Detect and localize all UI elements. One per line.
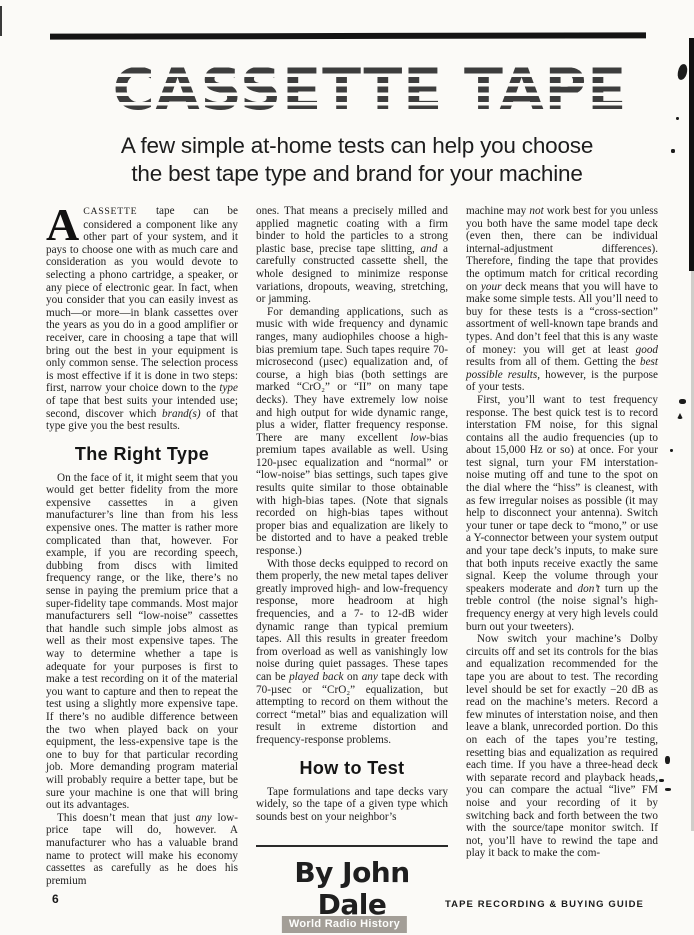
paragraph: On the face of it, it might seem that yo… [46,472,238,812]
scan-edge-line [689,38,694,271]
scan-speck [679,399,686,404]
top-rule [50,32,646,39]
article-column-2: ones. That means a precisely milled and … [256,205,448,921]
scan-speck [676,117,679,120]
byline-block: By John Dale [256,845,448,921]
scan-speck [671,149,675,153]
scan-speck [659,779,664,782]
page-number: 6 [52,892,59,906]
magazine-page: CASSETTE TAPE A few simple at-home tests… [0,0,694,935]
section-heading: The Right Type [46,444,238,464]
scan-speck [677,413,683,419]
subtitle-line-2: the best tape type and brand for your ma… [52,160,662,188]
paragraph: This doesn’t mean that just any low-pric… [46,812,238,888]
paragraph: With those decks equipped to record on t… [256,558,448,747]
page-title: CASSETTE TAPE [113,58,628,122]
scan-left-mark [0,6,2,36]
watermark: World Radio History [282,916,407,933]
drop-cap: A [46,205,83,243]
article-column-3: machine may not work best for you unless… [466,205,658,860]
scan-speck [677,63,688,80]
article-column-1: ACASSETTE tape can be considered a compo… [46,205,238,887]
scan-speck [665,756,670,764]
scan-speck [665,788,671,791]
title-block: CASSETTE TAPE [70,58,670,122]
byline: By John Dale [256,857,448,921]
section-heading: How to Test [256,758,448,778]
paragraph: Now switch your machine’s Dolby circuits… [466,633,658,860]
paragraph: Tape formulations and tape decks vary wi… [256,786,448,824]
lead-paragraph: ACASSETTE tape can be considered a compo… [46,205,238,433]
paragraph: For demanding applications, such as musi… [256,306,448,558]
scan-speck [670,449,673,452]
footer-magazine-title: TAPE RECORDING & BUYING GUIDE [445,899,644,910]
paragraph: machine may not work best for you unless… [466,205,658,394]
byline-rule [256,845,448,847]
paragraph: ones. That means a precisely milled and … [256,205,448,306]
subtitle-line-1: A few simple at-home tests can help you … [52,132,662,160]
subtitle: A few simple at-home tests can help you … [52,132,662,188]
lead-smallcaps: CASSETTE [83,206,137,217]
paragraph: First, you’ll want to test frequency res… [466,394,658,633]
